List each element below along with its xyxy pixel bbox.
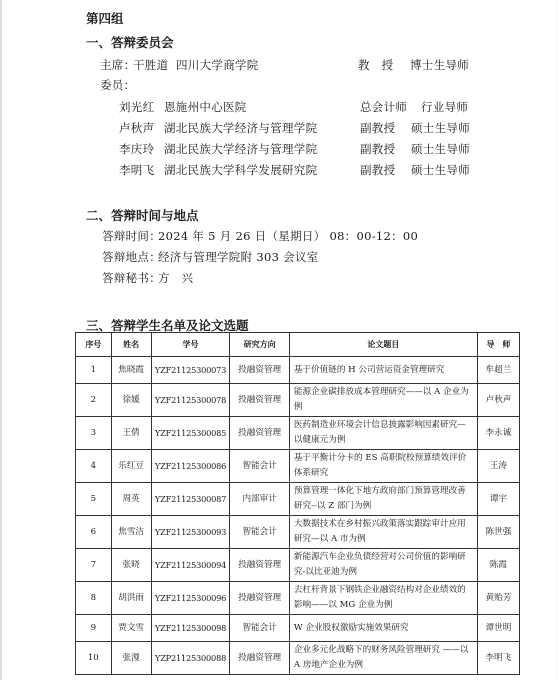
cell-thesis-title: 企业多元化战略下的财务风险管理研究 ——以 A 房地产企业为例	[289, 642, 477, 675]
table-row: 4 乐红豆 YZF21125300086 智能会计 基于平衡计分卡的 ES 高职…	[76, 450, 520, 483]
cell-student-id: YZF21125300096	[151, 582, 230, 615]
cell-name: 王倩	[111, 417, 151, 450]
header-name: 姓名	[111, 333, 151, 357]
member-title: 副教授	[360, 120, 395, 136]
cell-advisor: 陈霞	[477, 549, 519, 582]
table-row: 5 周英 YZF21125300087 内部审计 预算管理一体化下地方政府部门预…	[76, 483, 520, 516]
table-row: 2 徐媛 YZF21125300078 投融资管理 能源企业碳排放成本管理研究—…	[76, 384, 520, 417]
cell-student-id: YZF21125300078	[151, 384, 230, 417]
member-title: 总会计师	[360, 99, 407, 115]
section-committee-heading: 一、答辩委员会	[86, 33, 174, 51]
cell-direction: 投融资管理	[230, 417, 289, 450]
secretary-value: 方 兴	[158, 270, 193, 286]
cell-thesis-title: 基于平衡计分卡的 ES 高职院校预算绩效评价体系研究	[289, 450, 477, 483]
cell-no: 6	[76, 516, 112, 549]
cell-name: 张晓	[111, 549, 151, 582]
cell-no: 4	[76, 450, 112, 483]
table-row: 9 贾文雪 YZF21125300098 智能会计 W 企业股权激励实施效果研究…	[76, 615, 520, 642]
cell-thesis-title: 新能源汽车企业负债经营对公司价值的影响研究-以比亚迪为例	[289, 549, 477, 582]
cell-name: 徐媛	[111, 384, 151, 417]
cell-no: 7	[76, 549, 112, 582]
member-name: 刘光红	[119, 99, 154, 115]
table-row: 6 焦雪洁 YZF21125300093 智能会计 大数据技术在乡村振兴政策落实…	[76, 516, 520, 549]
cell-advisor: 卢秋声	[477, 384, 519, 417]
cell-direction: 智能会计	[230, 615, 289, 642]
cell-no: 9	[76, 615, 112, 642]
member-role: 行业导师	[421, 99, 468, 115]
cell-advisor: 李永诚	[477, 417, 519, 450]
member-role: 硕士生导师	[411, 162, 470, 178]
member-name: 卢秋声	[119, 120, 154, 136]
cell-no: 1	[76, 357, 112, 384]
cell-advisor: 李明飞	[477, 642, 519, 675]
cell-student-id: YZF21125300073	[151, 357, 230, 384]
place-label: 答辩地点：	[102, 249, 161, 265]
cell-name: 焦雪洁	[111, 516, 151, 549]
cell-student-id: YZF21125300098	[151, 615, 230, 642]
document-page: 第四组 一、答辩委员会 主席： 干胜道 四川大学商学院 教 授 博士生导师 委员…	[0, 0, 558, 680]
cell-direction: 投融资管理	[230, 384, 289, 417]
section-time-place-heading: 二、答辩时间与地点	[86, 206, 199, 224]
member-title: 副教授	[360, 162, 395, 178]
table-row: 1 焦晓霞 YZF21125300073 投融资管理 基于价值链的 H 公司营运…	[76, 357, 520, 384]
table-row: 8 胡洪雨 YZF21125300096 投融资管理 去杠杆背景下钢铁企业融资结…	[76, 582, 520, 615]
cell-thesis-title: 医药制造业环境会计信息披露影响因素研究—以健康元为例	[289, 417, 477, 450]
members-label: 委员：	[100, 77, 135, 93]
cell-advisor: 黄贻芳	[477, 582, 519, 615]
cell-direction: 内部审计	[230, 483, 289, 516]
cell-thesis-title: W 企业股权激励实施效果研究	[289, 615, 477, 642]
chair-affiliation: 四川大学商学院	[176, 57, 259, 73]
header-thesis-title: 论文题目	[289, 333, 477, 357]
chair-label: 主席：	[100, 57, 135, 73]
group-title: 第四组	[86, 9, 124, 27]
header-student-id: 学号	[151, 333, 230, 357]
cell-no: 8	[76, 582, 112, 615]
member-affiliation: 湖北民族大学科学发展研究院	[164, 162, 317, 178]
member-affiliation: 湖北民族大学经济与管理学院	[164, 120, 317, 136]
table-row: 7 张晓 YZF21125300094 投融资管理 新能源汽车企业负债经营对公司…	[76, 549, 520, 582]
member-affiliation: 恩施州中心医院	[164, 99, 247, 115]
cell-name: 胡洪雨	[111, 582, 151, 615]
cell-name: 乐红豆	[111, 450, 151, 483]
time-label: 答辩时间：	[102, 228, 161, 244]
chair-name: 干胜道	[133, 57, 168, 73]
student-thesis-table: 序号 姓名 学号 研究方向 论文题目 导 师 1 焦晓霞 YZF21125300…	[75, 332, 520, 675]
cell-student-id: YZF21125300087	[151, 483, 230, 516]
cell-direction: 投融资管理	[230, 357, 289, 384]
member-name: 李庆玲	[119, 141, 154, 157]
cell-name: 周英	[111, 483, 151, 516]
cell-student-id: YZP21125300088	[151, 642, 230, 675]
header-direction: 研究方向	[230, 333, 289, 357]
cell-name: 贾文雪	[111, 615, 151, 642]
cell-no: 3	[76, 417, 112, 450]
table-row: 3 王倩 YZF21125300085 投融资管理 医药制造业环境会计信息披露影…	[76, 417, 520, 450]
member-title: 副教授	[360, 141, 395, 157]
member-name: 李明飞	[119, 162, 154, 178]
table-row: 10 张漫 YZP21125300088 投融资管理 企业多元化战略下的财务风险…	[76, 642, 520, 675]
cell-direction: 投融资管理	[230, 582, 289, 615]
cell-student-id: YZF21125300094	[151, 549, 230, 582]
cell-student-id: YZF21125300085	[151, 417, 230, 450]
cell-advisor: 牟超兰	[477, 357, 519, 384]
cell-no: 2	[76, 384, 112, 417]
member-affiliation: 湖北民族大学经济与管理学院	[164, 141, 317, 157]
cell-thesis-title: 去杠杆背景下钢铁企业融资结构对企业绩效的影响——以 MG 企业为例	[289, 582, 477, 615]
cell-no: 10	[76, 642, 112, 675]
chair-role: 博士生导师	[410, 57, 469, 73]
cell-advisor: 陈世强	[477, 516, 519, 549]
cell-student-id: YZF21125300093	[151, 516, 230, 549]
secretary-label: 答辩秘书：	[102, 270, 161, 286]
table-header-row: 序号 姓名 学号 研究方向 论文题目 导 师	[76, 333, 520, 357]
cell-advisor: 谭宇	[477, 483, 519, 516]
cell-thesis-title: 预算管理一体化下地方政府部门预算管理改善研究--以 Z 部门为例	[289, 483, 477, 516]
member-role: 硕士生导师	[411, 120, 470, 136]
cell-direction: 投融资管理	[230, 549, 289, 582]
place-value: 经济与管理学院附 303 会议室	[158, 249, 319, 265]
cell-direction: 智能会计	[230, 450, 289, 483]
cell-direction: 智能会计	[230, 516, 289, 549]
cell-name: 焦晓霞	[111, 357, 151, 384]
cell-thesis-title: 能源企业碳排放成本管理研究——以 A 企业为例	[289, 384, 477, 417]
header-advisor: 导 师	[477, 333, 519, 357]
cell-thesis-title: 大数据技术在乡村振兴政策落实跟踪审计应用研究—以 A 市为例	[289, 516, 477, 549]
cell-no: 5	[76, 483, 112, 516]
header-no: 序号	[76, 333, 112, 357]
cell-student-id: YZF21125300086	[151, 450, 230, 483]
chair-title: 教 授	[358, 57, 393, 73]
cell-advisor: 谭世明	[477, 615, 519, 642]
cell-name: 张漫	[111, 642, 151, 675]
cell-direction: 投融资管理	[230, 642, 289, 675]
cell-advisor: 王涛	[477, 450, 519, 483]
member-role: 硕士生导师	[411, 141, 470, 157]
time-value: 2024 年 5 月 26 日（星期日） 08：00-12：00	[158, 228, 418, 244]
cell-thesis-title: 基于价值链的 H 公司营运资金管理研究	[289, 357, 477, 384]
